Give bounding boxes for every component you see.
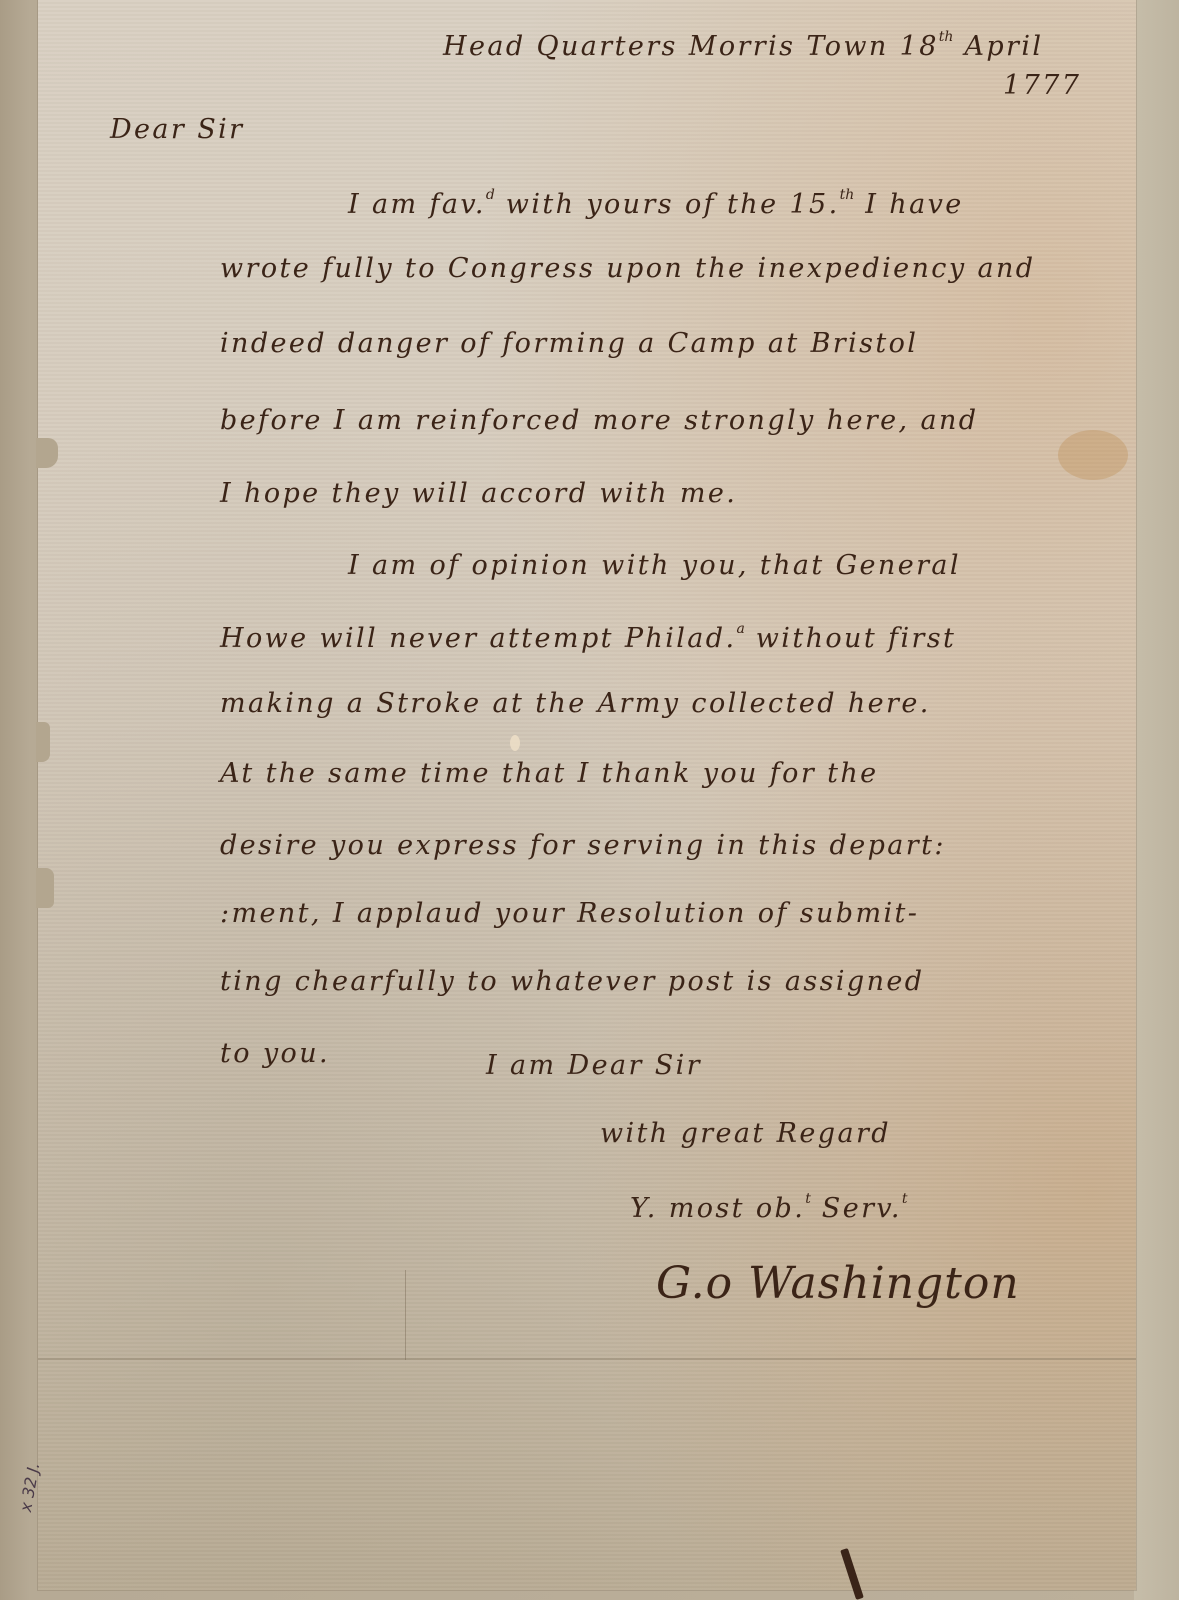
mount-right-edge	[1134, 0, 1179, 1600]
closing-line-1: I am Dear Sir	[486, 1052, 702, 1079]
body-line-1-sup2: th	[840, 187, 855, 203]
salutation: Dear Sir	[110, 116, 244, 143]
body-line-10: desire you express for serving in this d…	[220, 832, 946, 859]
paper-tear-left-upper	[36, 438, 58, 468]
body-line-1-rest2: I have	[854, 189, 963, 220]
body-line-4: before I am reinforced more strongly her…	[220, 407, 978, 434]
heading-month: April	[964, 31, 1043, 62]
letter-sheet: Head Quarters Morris Town 18th April 177…	[38, 0, 1136, 1590]
body-line-7: Howe will never attempt Philad.a without…	[220, 622, 956, 652]
water-stain-spot	[510, 735, 520, 751]
fold-line-horizontal	[38, 1358, 1136, 1360]
paper-tear-left-middle	[36, 722, 50, 762]
body-line-7-text: Howe will never attempt Philad.	[220, 623, 736, 654]
body-line-8: making a Stroke at the Army collected he…	[220, 690, 931, 717]
closing-line-2: with great Regard	[600, 1120, 891, 1147]
closing-line-3: Y. most ob.t Serv.t	[630, 1192, 907, 1222]
body-line-11: :ment, I applaud your Resolution of subm…	[220, 900, 919, 927]
body-line-7-rest: without first	[745, 623, 957, 654]
water-stain-right	[1058, 430, 1128, 480]
heading-year: 1777	[1003, 70, 1081, 101]
closing-most-ob: most ob.	[658, 1193, 805, 1224]
heading-place: Head Quarters Morris Town 18	[443, 31, 939, 62]
body-line-12: ting chearfully to whatever post is assi…	[220, 968, 924, 995]
letter-heading-place-date: Head Quarters Morris Town 18th April	[443, 30, 1043, 60]
body-line-13: to you.	[220, 1040, 330, 1067]
closing-serv-sup: t	[902, 1191, 908, 1207]
body-line-1-text: I am fav.	[348, 189, 486, 220]
signature: G.o Washington	[656, 1262, 1020, 1306]
body-line-1-rest: with yours of the 15.	[495, 189, 840, 220]
body-line-6: I am of opinion with you, that General	[348, 552, 961, 579]
body-line-7-sup: a	[736, 621, 744, 637]
body-line-1: I am fav.d with yours of the 15.th I hav…	[348, 188, 964, 218]
body-line-2: wrote fully to Congress upon the inexped…	[220, 255, 1035, 282]
fold-line-vertical	[405, 1270, 406, 1360]
closing-yr: Y.	[630, 1193, 658, 1224]
body-line-1-sup: d	[486, 187, 495, 203]
closing-serv: Serv.	[811, 1193, 902, 1224]
letter-heading-year: 1777	[1003, 72, 1081, 99]
heading-day-suffix: th	[939, 29, 954, 45]
body-line-5: I hope they will accord with me.	[220, 480, 737, 507]
body-line-9: At the same time that I thank you for th…	[220, 760, 879, 787]
paper-tear-left-lower	[36, 868, 54, 908]
body-line-3: indeed danger of forming a Camp at Brist…	[220, 330, 918, 357]
